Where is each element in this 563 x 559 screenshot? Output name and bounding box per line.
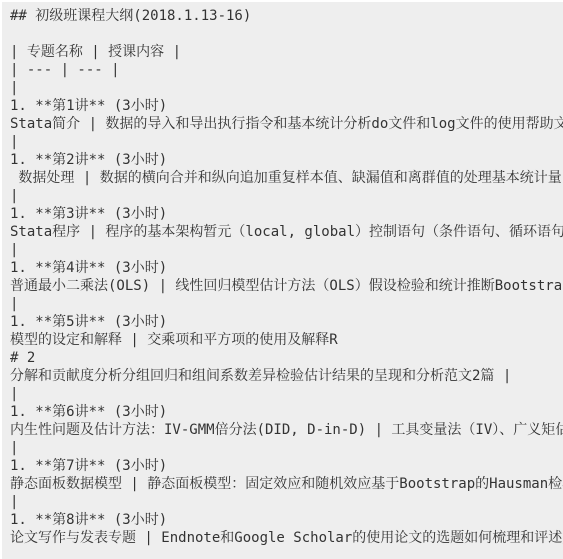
pipe-line: |	[10, 385, 563, 403]
pipe-line: |	[10, 295, 563, 313]
table-divider-line: | --- | --- |	[10, 61, 563, 79]
lecture-8-content: 论文写作与发表专题 | Endnote和Google Scholar的使用论文的…	[10, 529, 563, 547]
document-text-view: ## 初级班课程大纲(2018.1.13-16) | 专题名称 | 授课内容 |…	[2, 2, 563, 559]
pipe-line: |	[10, 439, 563, 457]
pipe-line: |	[10, 493, 563, 511]
lecture-5-content-2: 分解和贡献度分析分组回归和组间系数差异检验估计结果的呈现和分析范文2篇 |	[10, 367, 563, 385]
lecture-4-content: 普通最小二乘法(OLS) | 线性回归模型估计方法（OLS）假设检验和统计推断B…	[10, 277, 563, 295]
lecture-3-heading: 1. **第3讲** (3小时)	[10, 205, 563, 223]
pipe-line: |	[10, 133, 563, 151]
blank-line	[10, 25, 563, 43]
lecture-1-heading: 1. **第1讲** (3小时)	[10, 97, 563, 115]
r-squared-fragment: # 2	[10, 349, 563, 367]
lecture-2-content: 数据处理 | 数据的横向合并和纵向追加重复样本值、缺漏值和离群值的处理基本统计量	[10, 169, 563, 187]
pipe-line: |	[10, 241, 563, 259]
lecture-4-heading: 1. **第4讲** (3小时)	[10, 259, 563, 277]
document-title: ## 初级班课程大纲(2018.1.13-16)	[10, 7, 563, 25]
lecture-2-heading: 1. **第2讲** (3小时)	[10, 151, 563, 169]
table-header-line: | 专题名称 | 授课内容 |	[10, 43, 563, 61]
pipe-line: |	[10, 187, 563, 205]
lecture-7-heading: 1. **第7讲** (3小时)	[10, 457, 563, 475]
lecture-6-heading: 1. **第6讲** (3小时)	[10, 403, 563, 421]
lecture-8-heading: 1. **第8讲** (3小时)	[10, 511, 563, 529]
lecture-5-heading: 1. **第5讲** (3小时)	[10, 313, 563, 331]
lecture-3-content: Stata程序 | 程序的基本架构暂元（local, global）控制语句（条…	[10, 223, 563, 241]
lecture-1-content: Stata简介 | 数据的导入和导出执行指令和基本统计分析do文件和log文件的…	[10, 115, 563, 133]
lecture-7-content: 静态面板数据模型 | 静态面板模型：固定效应和随机效应基于Bootstrap的H…	[10, 475, 563, 493]
lecture-6-content: 内生性问题及估计方法：IV-GMM倍分法(DID, D-in-D) | 工具变量…	[10, 421, 563, 439]
lecture-5-content: 模型的设定和解释 | 交乘项和平方项的使用及解释R	[10, 331, 563, 349]
pipe-line: |	[10, 79, 563, 97]
